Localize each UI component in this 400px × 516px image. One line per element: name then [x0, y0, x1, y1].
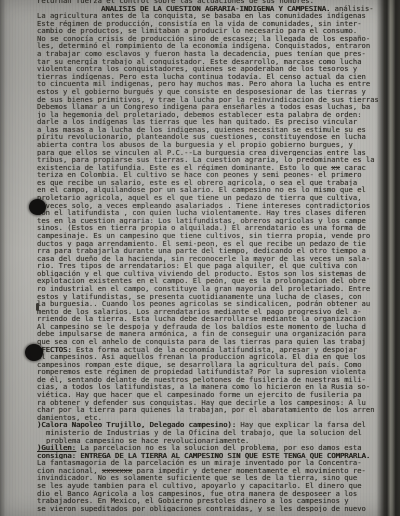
text-segment: Hay que explicar la farsa del: [236, 421, 366, 429]
text-line: EFECTOS: Esta forma actual de la economí…: [37, 346, 378, 354]
text-line: campesinos rompan este dique, se desarro…: [37, 361, 378, 369]
emphasized-text: consigna:: [37, 452, 80, 460]
text-line: violenta contra los conquistadores, quie…: [37, 65, 378, 73]
text-line: explotacion existentes en el campo. El p…: [37, 277, 378, 285]
text-line: rra para trabajarla durante una parte de…: [37, 247, 378, 255]
text-line: cion nacional, xxxxxxx para impedir y de…: [37, 467, 378, 475]
text-segment: análisis-: [330, 5, 373, 13]
text-line: )Calora Napoleo Trujillo, Delegado campe…: [37, 421, 378, 429]
text-line: a las masas a la lucha de los indigenas,…: [37, 126, 378, 134]
text-line: Debemos llamar a un Congreso indigena pa…: [37, 103, 378, 111]
text-line: cias, a todos los latifundistas, a la ma…: [37, 383, 378, 391]
ink-speck: [36, 303, 39, 311]
text-line: a veces solo, a veces empleando asalaria…: [37, 202, 378, 210]
text-line: cambio de productos, se limitaban a prod…: [37, 27, 378, 35]
text-line: de sus bienes primitivos, y trae la luch…: [37, 96, 378, 104]
text-line: de él, sentando delante de nuestros pelo…: [37, 376, 378, 384]
text-line: tribus, para propiarse sus tierras. La c…: [37, 156, 378, 164]
text-line: La fantasmagoria de la parcelación es un…: [37, 459, 378, 467]
text-line: viética. Hay que hacer que el campesinad…: [37, 391, 378, 399]
hole-punch-dot: [29, 199, 46, 215]
text-line: invindicador. No es solamente suficiente…: [37, 474, 378, 482]
text-line: casa del dueño de la hacienda, sin recon…: [37, 255, 378, 263]
emphasized-text: )Calora Napoleo Trujillo, Delegado campe…: [37, 421, 236, 429]
text-line: para que ellos se vinculen al P.C.--La b…: [37, 149, 378, 157]
text-line: rriendo de la tierra. Esta lucha debe de…: [37, 315, 378, 323]
text-line: estos y latifundistas, se presenta cuoti…: [37, 293, 378, 301]
text-line: )Guillen: La parcelacion no es la soluci…: [37, 444, 378, 452]
text-line: la burguesia.. Cuando los peones agricol…: [37, 300, 378, 308]
page-right-edge-shadow: [376, 0, 400, 516]
text-line: se les ayude tambien para el cultivo, ap…: [37, 482, 378, 490]
text-line: a trabajar como esclavos y fueron hasta …: [37, 50, 378, 58]
text-line: to cincuenta mil indigenas, pero hay muc…: [37, 80, 378, 88]
text-line: tierras indígenas. Pero esta lucha conti…: [37, 73, 378, 81]
text-line: damientos, etc.: [37, 414, 378, 422]
typewritten-text: returnan fuerza el control sobre las act…: [37, 0, 378, 512]
text-line: se vieron supeditados por obligaciones c…: [37, 505, 378, 513]
text-line: es que recibe un salario, este es el obr…: [37, 179, 378, 187]
text-segment: xx: [331, 164, 340, 172]
text-segment: Esta forma actual de la economía latifun…: [72, 346, 358, 354]
emphasized-text: )Guillen:: [37, 444, 76, 452]
text-line: La agricultura antes de la conquista, se…: [37, 12, 378, 20]
text-line: ro industrial en el campo, constituye la…: [37, 285, 378, 293]
text-line: teriza en Colombia. El cultivo se hace c…: [37, 171, 378, 179]
text-segment: existencia de latifundia. Este es el rég…: [37, 164, 331, 172]
text-line: al campesinos. Asi aquellos frenan la pr…: [37, 353, 378, 361]
text-line: char por la tierra para quienes la traba…: [37, 406, 378, 414]
text-segment: carac: [340, 164, 366, 172]
text-line: proletario agricola, aquel es el que tie…: [37, 194, 378, 202]
emphasized-text: ANALISIS DE LA CUESTION AGRARIA-INDIGENA…: [101, 5, 330, 13]
text-line: trabajadores. En Mexico, el Gobierno pre…: [37, 497, 378, 505]
text-line: mento de los salarios. Los arrendatarios…: [37, 308, 378, 316]
text-line: rio. Tres tipos de arrendatarios: El que…: [37, 262, 378, 270]
text-line: ANALISIS DE LA CUESTION AGRARIA-INDIGENA…: [37, 5, 378, 13]
text-line: Este régimen de producción, consistía en…: [37, 20, 378, 28]
text-line: píritu revolucionario, planteandole sus …: [37, 133, 378, 141]
text-line: Al campesino se le despoja y defrauda de…: [37, 323, 378, 331]
text-segment: xxxxxxx: [102, 467, 132, 475]
text-line: que sea con el anhelo de conquista para …: [37, 338, 378, 346]
text-line: tes en la cuestion agraria: Los latifund…: [37, 217, 378, 225]
text-line: ministerio de Industrias y de la Oficina…: [37, 429, 378, 437]
text-line: No se conocía crisis de producción sino …: [37, 35, 378, 43]
text-line: tar su energía trabajo al conquistador. …: [37, 58, 378, 66]
text-line: dio el Banco Agricola a los campesinos, …: [37, 490, 378, 498]
text-line: abierta contra los abusos de la burguesi…: [37, 141, 378, 149]
text-line: problema campesino se hace revolucionari…: [37, 437, 378, 445]
text-line: jo la hegemonia del proletariado, debemo…: [37, 111, 378, 119]
text-line: con el latifundista , con quien lucha vi…: [37, 209, 378, 217]
text-line: en el campo, alquilandose por un salario…: [37, 186, 378, 194]
text-line: les, determinó el rompimiento de la econ…: [37, 42, 378, 50]
text-line: ductos y paga arrendamiento. El semi-peo…: [37, 240, 378, 248]
emphasized-text: ENTREGA DE LA TIERRA AL CAMPESINO SIN QU…: [80, 452, 370, 460]
text-line: romperemos este régimen de propiedad lat…: [37, 368, 378, 376]
text-line: obligación y el que cultiva viviendo del…: [37, 270, 378, 278]
text-segment: La parcelacion no es la solucion del pro…: [76, 444, 362, 452]
text-segment: problema campesino se hace revolucionari…: [46, 437, 249, 445]
text-segment: cion nacional,: [37, 467, 102, 475]
text-line: darle a los indígenas las tierras que le…: [37, 118, 378, 126]
text-line: consigna: ENTREGA DE LA TIERRA AL CAMPES…: [37, 452, 378, 460]
scanned-document-page: returnan fuerza el control sobre las act…: [0, 0, 400, 516]
hole-punch-dot: [25, 344, 43, 361]
text-line: existencia de latifundia. Este es el rég…: [37, 164, 378, 172]
text-segment: para impedir y detener momentamente el m…: [132, 467, 366, 475]
text-segment: ministerio de Industrias y de la Oficina…: [46, 429, 362, 437]
text-line: campesinaje. Es un campesino que tiene c…: [37, 232, 378, 240]
text-line: estos y el gobierno burgués y que consis…: [37, 88, 378, 96]
text-line: sinos. (Estos en tierra propia o alquila…: [37, 224, 378, 232]
text-line: debe impulsarse de manera armónica, a fi…: [37, 330, 378, 338]
page-left-edge-shadow: [0, 0, 6, 516]
text-line: ra obtener y defender sus conquistas. Ha…: [37, 399, 378, 407]
